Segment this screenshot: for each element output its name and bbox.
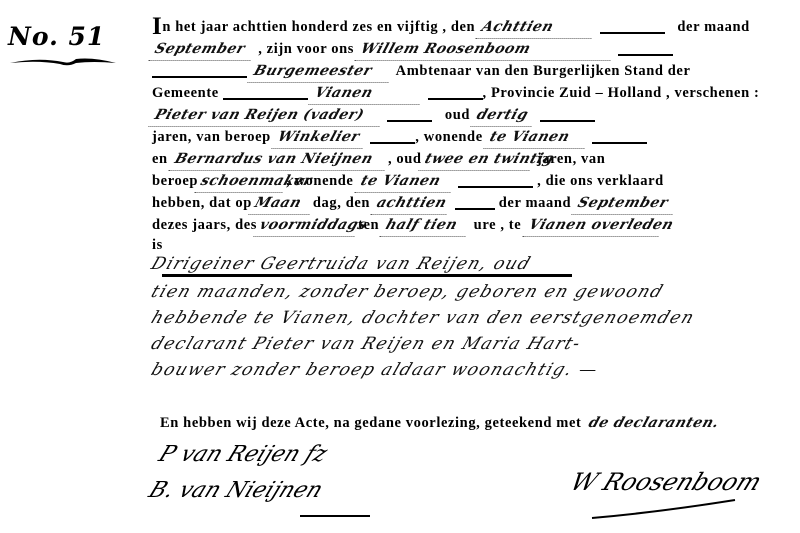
blank-line bbox=[387, 110, 432, 122]
printed-text: oud bbox=[445, 107, 470, 123]
decorative-swash-icon bbox=[8, 55, 118, 67]
signature-declarant-2: B. van Nieijnen bbox=[145, 478, 326, 503]
blank-line bbox=[223, 88, 308, 100]
printed-text: , Provincie Zuid – Holland , verschenen … bbox=[483, 85, 760, 101]
handwritten-weekday: Maan bbox=[248, 192, 316, 215]
closing-handwritten: de declaranten. bbox=[582, 412, 705, 434]
underline-rule bbox=[162, 274, 572, 277]
signature-declarant-1: P van Reijen fz bbox=[155, 442, 331, 467]
closing-line: En hebben wij deze Acte, na gedane voorl… bbox=[160, 412, 702, 434]
printed-text: Gemeente bbox=[152, 85, 219, 101]
printed-text: der maand bbox=[499, 195, 571, 211]
printed-text: jaren, van beroep bbox=[152, 129, 271, 145]
printed-text: , oud bbox=[388, 151, 422, 167]
printed-text: beroep bbox=[152, 173, 198, 189]
blank-line bbox=[618, 44, 673, 56]
handwritten-residence-1: te Vianen bbox=[483, 126, 591, 149]
drop-cap: I bbox=[152, 13, 162, 40]
line-9: hebben, dat opMaandag, den achttien der … bbox=[152, 192, 676, 214]
handwritten-month: September bbox=[148, 38, 257, 61]
printed-text: der maand bbox=[677, 19, 749, 35]
printed-text: , wonende bbox=[415, 129, 482, 145]
deceased-line-1: Dirigeiner Geertruida van Reijen, oud bbox=[148, 254, 534, 274]
printed-text: dezes jaars, des bbox=[152, 217, 257, 233]
handwritten-occupation-2: schoenmaker bbox=[194, 170, 289, 193]
printed-text: Ambtenaar van den Burgerlijken Stand der bbox=[396, 63, 691, 79]
blank-line bbox=[370, 132, 415, 144]
blank-line bbox=[592, 132, 647, 144]
handwritten-declarant-2: Bernardus van Nieijnen bbox=[168, 148, 391, 171]
blank-line bbox=[540, 110, 595, 122]
printed-text: hebben, dat op bbox=[152, 195, 252, 211]
deceased-line-5: bouwer zonder beroep aldaar woonachtig. … bbox=[148, 360, 601, 380]
handwritten-death-month: September bbox=[572, 192, 680, 215]
line-5: Pieter van Reijen (vader) oud dertig bbox=[152, 104, 595, 126]
handwritten-residence-2: te Vianen bbox=[354, 170, 457, 193]
line-8: beroepschoenmaker, wonende te Vianen , d… bbox=[152, 170, 664, 192]
printed-text: , zijn voor ons bbox=[258, 41, 354, 57]
record-number-value: 51 bbox=[69, 22, 106, 51]
deceased-line-3: hebbende te Vianen, dochter van den eers… bbox=[148, 308, 697, 328]
printed-text: ure , te bbox=[474, 217, 522, 233]
handwritten-official-title: Burgemeester bbox=[247, 60, 395, 83]
printed-text: en bbox=[152, 151, 168, 167]
record-number: No. 51 bbox=[8, 22, 105, 51]
handwritten-declarant-1: Pieter van Reijen (vader) bbox=[148, 104, 386, 127]
blank-line bbox=[455, 198, 495, 210]
blank-line bbox=[458, 176, 533, 188]
signature-underline-icon bbox=[590, 498, 740, 520]
printed-text: n het jaar achttien honderd zes en vijft… bbox=[162, 19, 475, 35]
handwritten-age-1: dertig bbox=[471, 104, 539, 127]
handwritten-occupation-1: Winkelier bbox=[271, 126, 369, 149]
deceased-line-4: declarant Pieter van Reijen en Maria Har… bbox=[148, 334, 584, 354]
blank-line bbox=[600, 22, 665, 34]
line-10: dezes jaars, desvoormiddagsten half tien… bbox=[152, 214, 662, 236]
signature-flourish bbox=[300, 515, 370, 517]
closing-printed-text: En hebben wij deze Acte, na gedane voorl… bbox=[160, 415, 581, 431]
handwritten-age-2: twee en twintig bbox=[418, 148, 536, 171]
line-2: September , zijn voor ons Willem Roosenb… bbox=[152, 38, 673, 60]
deceased-line-2: tien maanden, zonder beroep, geboren en … bbox=[148, 282, 666, 302]
handwritten-day: Achttien bbox=[476, 16, 599, 39]
signature-official: W Roosenboom bbox=[566, 468, 766, 496]
handwritten-time-of-day: voormiddags bbox=[253, 214, 361, 237]
line-4: Gemeente Vianen , Provincie Zuid – Holla… bbox=[152, 82, 759, 104]
line-3: Burgemeester Ambtenaar van den Burgerlij… bbox=[152, 60, 691, 82]
line-7: en Bernardus van Nieijnen, oudtwee en tw… bbox=[152, 148, 605, 170]
printed-text: , die ons verklaard bbox=[537, 173, 664, 189]
blank-line bbox=[152, 66, 247, 78]
line-1: In het jaar achttien honderd zes en vijf… bbox=[152, 16, 750, 38]
handwritten-municipality: Vianen bbox=[309, 82, 427, 105]
handwritten-place-of-death: Vianen overleden bbox=[522, 214, 665, 237]
handwritten-death-day: achttien bbox=[371, 192, 454, 215]
handwritten-official-name: Willem Roosenboom bbox=[354, 38, 617, 61]
line-6: jaren, van beroep Winkelier , wonende te… bbox=[152, 126, 647, 148]
printed-text: dag, den bbox=[313, 195, 370, 211]
printed-text: is bbox=[152, 237, 163, 253]
record-number-label: No. bbox=[8, 22, 59, 51]
handwritten-hour: half tien bbox=[380, 214, 473, 237]
line-11: is bbox=[152, 234, 163, 256]
blank-line bbox=[428, 88, 483, 100]
